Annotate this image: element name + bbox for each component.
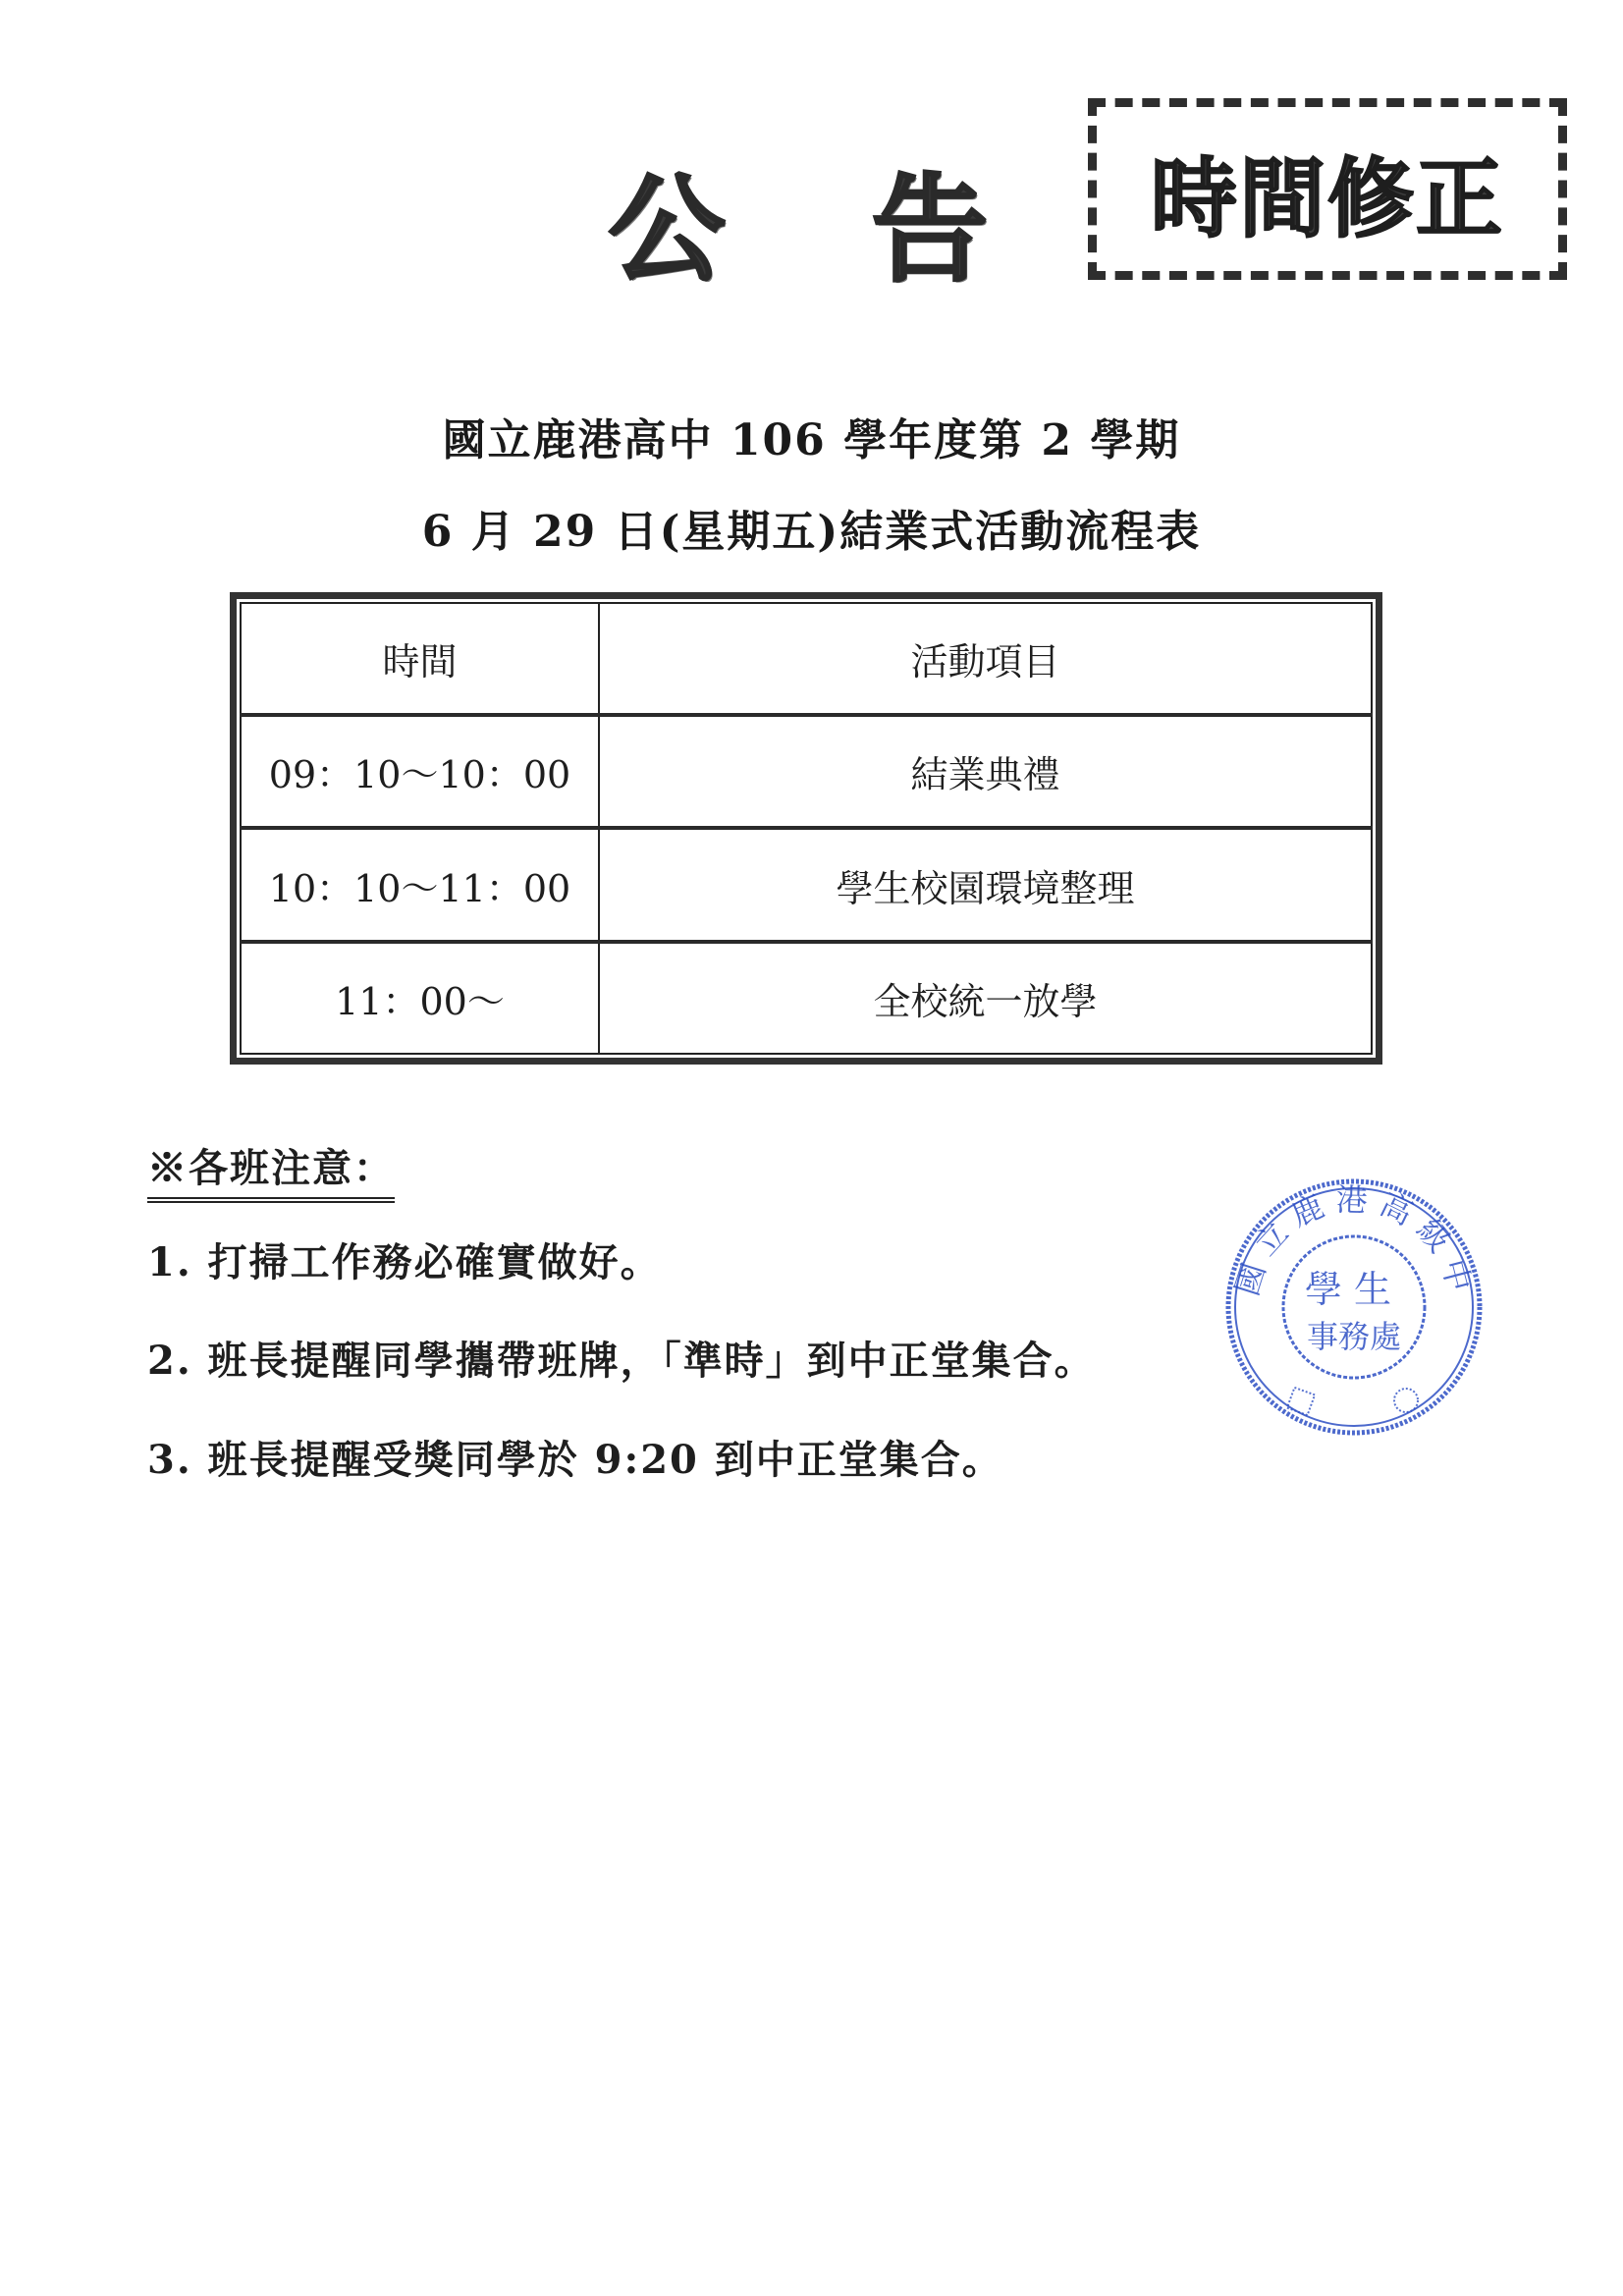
table-row: 09：10～10：00 結業典禮 — [241, 715, 1372, 829]
table-row: 10：10～11：00 學生校園環境整理 — [241, 828, 1372, 942]
seal-inner-line2: 事務處 — [1307, 1318, 1401, 1355]
official-seal-stamp: 國立鹿港高級中學 學生 事務處 — [1219, 1173, 1488, 1442]
schedule-table: 時間 活動項目 09：10～10：00 結業典禮 10：10～11：00 學生校… — [230, 592, 1382, 1065]
row-activity: 結業典禮 — [599, 715, 1372, 829]
seal-inner-line1: 學生 — [1305, 1268, 1403, 1311]
notes-heading: ※各班注意： — [147, 1137, 395, 1203]
header-time: 時間 — [241, 603, 599, 715]
document-title-line1: 國立鹿港高中 106 學年度第 2 學期 — [0, 405, 1623, 467]
announcement-heading: 公告 — [609, 172, 1135, 288]
row-time: 11：00～ — [241, 942, 599, 1054]
seal-icon: 國立鹿港高級中學 學生 事務處 — [1219, 1173, 1488, 1442]
row-time: 09：10～10：00 — [241, 715, 599, 829]
revision-badge-text: 時間修正 — [1151, 125, 1504, 254]
note-item: 3. 班長提醒受獎同學於 9:20 到中正堂集合。 — [147, 1429, 1003, 1485]
header-activity: 活動項目 — [599, 603, 1372, 715]
note-item: 1. 打掃工作務必確實做好。 — [147, 1231, 662, 1287]
row-activity: 學生校園環境整理 — [599, 828, 1372, 942]
table-header-row: 時間 活動項目 — [241, 603, 1372, 715]
time-revision-badge: 時間修正 — [1088, 98, 1567, 280]
note-item: 2. 班長提醒同學攜帶班牌，「準時」到中正堂集合。 — [147, 1330, 1096, 1386]
row-time: 10：10～11：00 — [241, 828, 599, 942]
row-activity: 全校統一放學 — [599, 942, 1372, 1054]
table-row: 11：00～ 全校統一放學 — [241, 942, 1372, 1054]
document-title-line2: 6 月 29 日(星期五)結業式活動流程表 — [0, 496, 1623, 559]
